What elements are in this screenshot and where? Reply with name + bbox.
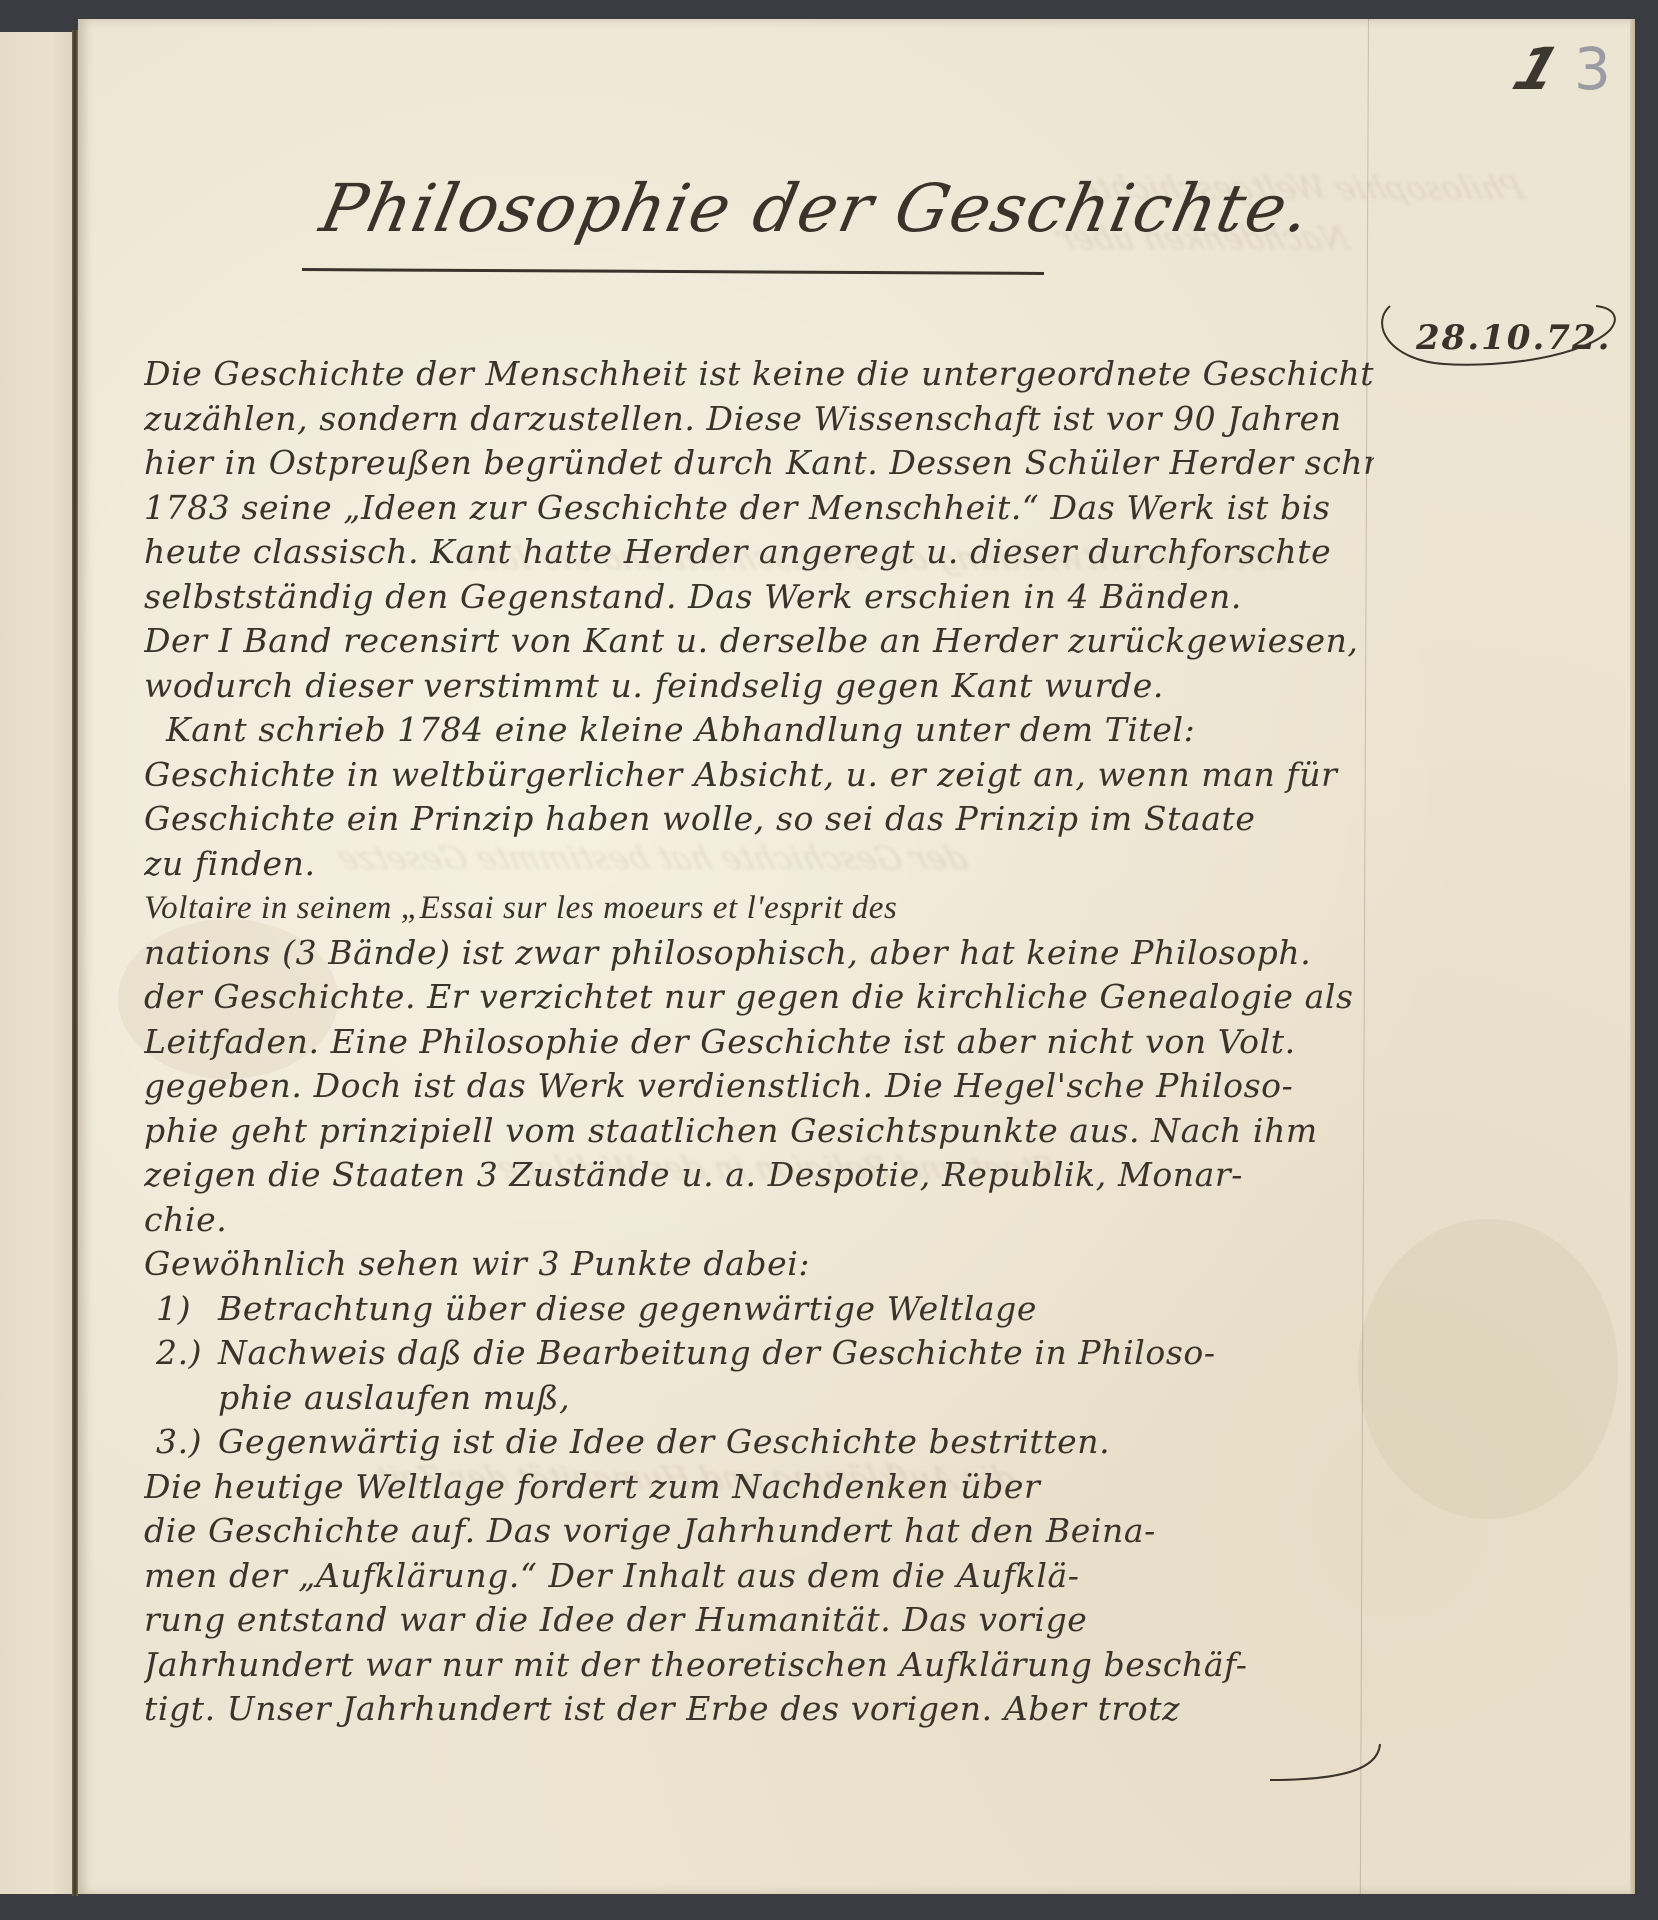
list-number: 3.) <box>144 1420 218 1465</box>
text-line: Geschichte in weltbürgerlicher Absicht, … <box>144 753 1374 798</box>
date-text: 28.10.72. <box>1416 318 1611 358</box>
list-text: Nachweis daß die Bearbeitung der Geschic… <box>218 1331 1216 1376</box>
text-line: zuzählen, sondern darzustellen. Diese Wi… <box>144 397 1374 442</box>
text-line: der Geschichte. Er verzichtet nur gegen … <box>144 975 1374 1020</box>
page-title: Philosophie der Geschichte. <box>315 176 1318 242</box>
text-line: Kant schrieb 1784 eine kleine Abhandlung… <box>144 708 1374 753</box>
list-text: Betrachtung über diese gegenwärtige Welt… <box>218 1287 1037 1332</box>
text-line: Der I Band recensirt von Kant u. derselb… <box>144 619 1374 664</box>
list-item: 1) Betrachtung über diese gegenwärtige W… <box>144 1287 1374 1332</box>
text-line: wodurch dieser verstimmt u. feindselig g… <box>144 664 1374 709</box>
list-item: 2.) Nachweis daß die Bearbeitung der Ges… <box>144 1331 1374 1376</box>
text-line: 1783 seine „Ideen zur Geschichte der Men… <box>144 486 1374 531</box>
text-line: Geschichte ein Prinzip haben wolle, so s… <box>144 797 1374 842</box>
text-line: zeigen die Staaten 3 Zustände u. a. Desp… <box>144 1153 1374 1198</box>
right-page-edge <box>1630 19 1635 1894</box>
list-item: 3.) Gegenwärtig ist die Idee der Geschic… <box>144 1420 1374 1465</box>
text-line: men der „Aufklärung.“ Der Inhalt aus dem… <box>144 1554 1374 1599</box>
text-line: nations (3 Bände) ist zwar philosophisch… <box>144 931 1374 976</box>
text-line: Voltaire in seinem „Essai sur les moeurs… <box>144 886 1374 931</box>
list-text: Gegenwärtig ist die Idee der Geschichte … <box>218 1420 1110 1465</box>
text-line: heute classisch. Kant hatte Herder anger… <box>144 530 1374 575</box>
text-line: tigt. Unser Jahrhundert ist der Erbe des… <box>144 1687 1374 1732</box>
text-line: zu finden. <box>144 842 1374 887</box>
left-page-edge <box>0 32 73 1894</box>
paper-stain <box>1358 1219 1618 1519</box>
text-line: Jahrhundert war nur mit der theoretische… <box>144 1643 1374 1688</box>
text-line: die Geschichte auf. Das vorige Jahrhunde… <box>144 1509 1374 1554</box>
list-text-continued: phie auslaufen muß, <box>144 1376 1374 1421</box>
text-line: hier in Ostpreußen begründet durch Kant.… <box>144 441 1374 486</box>
text-line: Gewöhnlich sehen wir 3 Punkte dabei: <box>144 1242 1374 1287</box>
date-annotation: 28.10.72. <box>1374 300 1624 370</box>
text-line: gegeben. Doch ist das Werk verdienstlich… <box>144 1064 1374 1109</box>
text-line: Leitfaden. Eine Philosophie der Geschich… <box>144 1020 1374 1065</box>
list-number: 2.) <box>144 1331 218 1376</box>
text-line: rung entstand war die Idee der Humanität… <box>144 1598 1374 1643</box>
manuscript-body: Die Geschichte der Menschheit ist keine … <box>144 352 1374 1732</box>
text-line: phie geht prinzipiell vom staatlichen Ge… <box>144 1109 1374 1154</box>
text-line: Die heutige Weltlage fordert zum Nachden… <box>144 1465 1374 1510</box>
folio-number-pencil: 3 <box>1574 40 1611 98</box>
closing-flourish-icon <box>1250 1740 1390 1800</box>
text-line: chie. <box>144 1198 1374 1243</box>
text-line: selbstständig den Gegenstand. Das Werk e… <box>144 575 1374 620</box>
list-number: 1) <box>144 1287 218 1332</box>
text-line: Die Geschichte der Menschheit ist keine … <box>144 352 1374 397</box>
